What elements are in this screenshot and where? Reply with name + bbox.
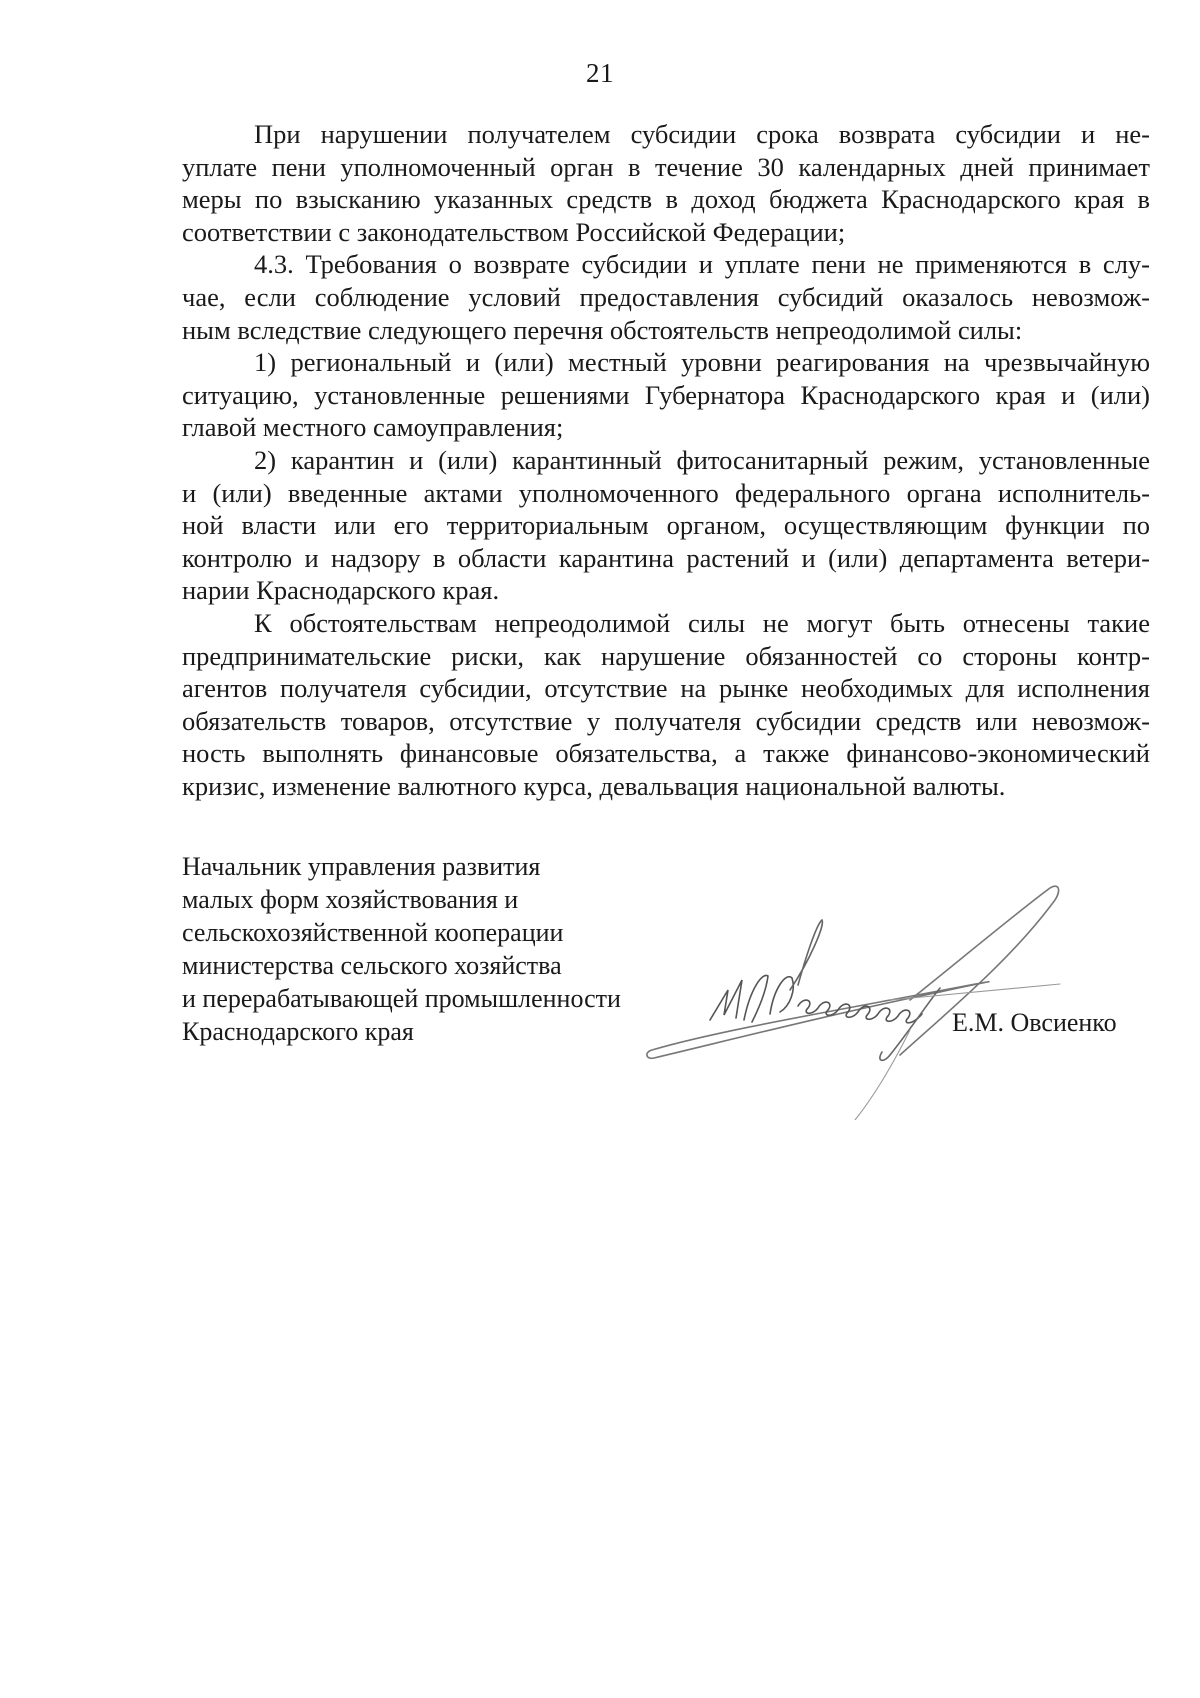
page-number: 21 (0, 58, 1200, 89)
position-line: министерства сельского хозяйства (182, 949, 621, 982)
text-line: контролю и надзору в области карантина р… (182, 542, 1150, 575)
signatory-position: Начальник управления развития малых форм… (182, 850, 621, 1048)
signer-name: Е.М. Овсиенко (952, 1008, 1117, 1038)
position-line: Начальник управления развития (182, 850, 621, 883)
scan-speck (293, 792, 295, 795)
position-line: и перерабатывающей промышленности (182, 982, 621, 1015)
text-line: чае, если соблюдение условий предоставле… (182, 281, 1150, 314)
position-line: малых форм хозяйствования и (182, 883, 621, 916)
text-line: агентов получателя субсидии, отсутствие … (182, 672, 1150, 705)
text-line: уплате пени уполномоченный орган в течен… (182, 151, 1150, 184)
text-line: ситуацию, установленные решениями Губерн… (182, 379, 1150, 412)
position-line: Краснодарского края (182, 1015, 621, 1048)
text-line: нарии Краснодарского края. (182, 574, 1150, 607)
text-line: ным вследствие следующего перечня обстоя… (182, 314, 1150, 347)
text-line: соответствии с законодательством Российс… (182, 216, 1150, 249)
text-line: ность выполнять финансовые обязательства… (182, 737, 1150, 770)
body-text: При нарушении получателем субсидии срока… (182, 118, 1150, 802)
text-line: кризис, изменение валютного курса, девал… (182, 770, 1150, 803)
position-line: сельскохозяйственной кооперации (182, 916, 621, 949)
text-line: 4.3. Требования о возврате субсидии и уп… (182, 248, 1150, 281)
text-line: 1) региональный и (или) местный уровни р… (182, 346, 1150, 379)
text-line: предпринимательские риски, как нарушение… (182, 640, 1150, 673)
text-line: К обстоятельствам непреодолимой силы не … (182, 607, 1150, 640)
text-line: меры по взысканию указанных средств в до… (182, 183, 1150, 216)
text-line: главой местного самоуправления; (182, 411, 1150, 444)
text-line: и (или) введенные актами уполномоченного… (182, 477, 1150, 510)
handwritten-signature-icon (640, 880, 1160, 1120)
text-line: При нарушении получателем субсидии срока… (182, 118, 1150, 151)
text-line: обязательств товаров, отсутствие у получ… (182, 705, 1150, 738)
text-line: ной власти или его территориальным орган… (182, 509, 1150, 542)
text-line: 2) карантин и (или) карантинный фитосани… (182, 444, 1150, 477)
